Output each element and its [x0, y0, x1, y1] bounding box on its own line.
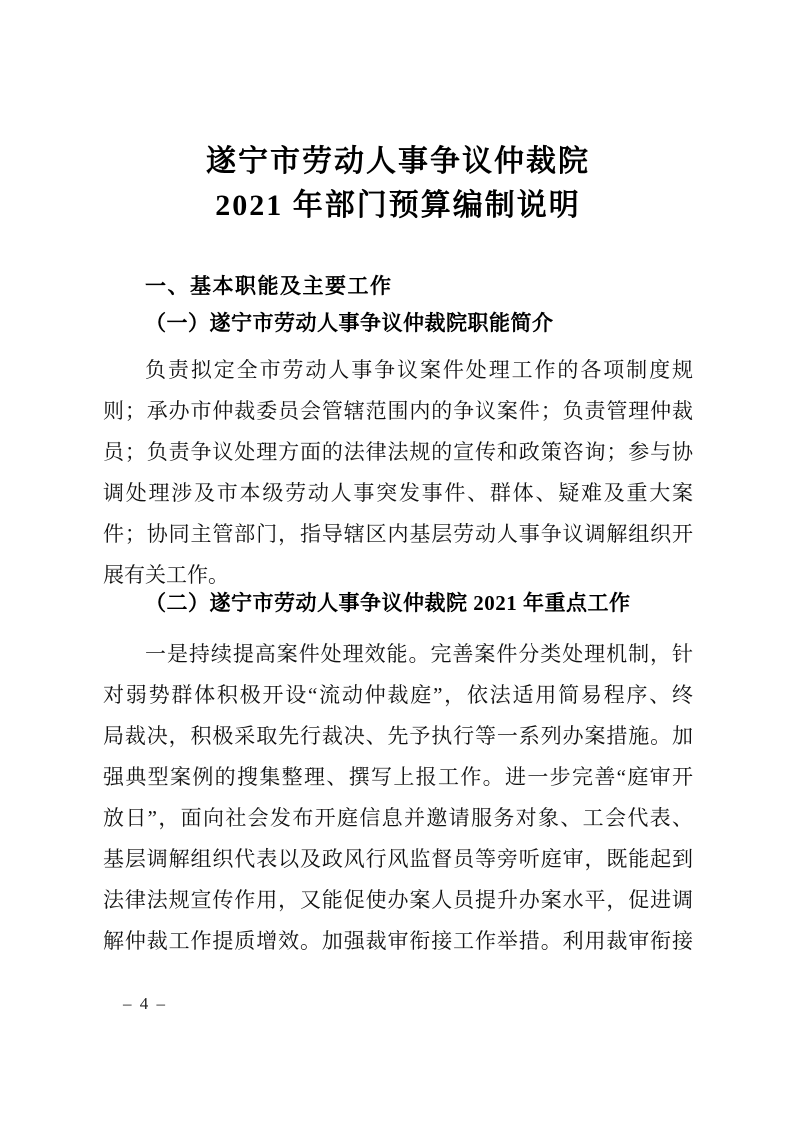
para-line: 法律法规宣传作用，又能促使办案人员提升办案水平，促进调	[103, 880, 693, 921]
para-line: 放日”，面向社会发布开庭信息并邀请服务对象、工会代表、	[103, 798, 693, 839]
document-page: 遂宁市劳动人事争议仲裁院 2021 年部门预算编制说明 一、基本职能及主要工作 …	[0, 0, 793, 1122]
page-number: – 4 –	[123, 994, 167, 1014]
document-title-line-2: 2021 年部门预算编制说明	[103, 184, 693, 228]
document-title: 遂宁市劳动人事争议仲裁院 2021 年部门预算编制说明	[103, 140, 693, 228]
para-line: 强典型案例的搜集整理、撰写上报工作。进一步完善“庭审开	[103, 757, 693, 798]
para-line: 解仲裁工作提质增效。加强裁审衔接工作举措。利用裁审衔接	[103, 921, 693, 962]
para-line: 基层调解组织代表以及政风行风监督员等旁听庭审，既能起到	[103, 839, 693, 880]
para-line: 则；承办市仲裁委员会管辖范围内的争议案件；负责管理仲裁	[103, 391, 693, 432]
para-line: 调处理涉及市本级劳动人事突发事件、群体、疑难及重大案	[103, 473, 693, 514]
heading-2021-key-work: （二）遂宁市劳动人事争议仲裁院 2021 年重点工作	[145, 588, 631, 618]
para-line: 局裁决，积极采取先行裁决、先予执行等一系列办案措施。加	[103, 716, 693, 757]
paragraph-key-work: 一是持续提高案件处理效能。完善案件分类处理机制，针对弱势群体积极开设“流动仲裁庭…	[103, 634, 693, 962]
para-line: 对弱势群体积极开设“流动仲裁庭”，依法适用简易程序、终	[103, 675, 693, 716]
heading-functions-intro: （一）遂宁市劳动人事争议仲裁院职能简介	[145, 308, 554, 338]
para-line: 负责拟定全市劳动人事争议案件处理工作的各项制度规	[103, 350, 693, 391]
document-title-line-1: 遂宁市劳动人事争议仲裁院	[103, 140, 693, 184]
para-line: 一是持续提高案件处理效能。完善案件分类处理机制，针	[103, 634, 693, 675]
para-line: 员；负责争议处理方面的法律法规的宣传和政策咨询；参与协	[103, 432, 693, 473]
paragraph-functions: 负责拟定全市劳动人事争议案件处理工作的各项制度规则；承办市仲裁委员会管辖范围内的…	[103, 350, 693, 596]
para-line: 件；协同主管部门，指导辖区内基层劳动人事争议调解组织开	[103, 514, 693, 555]
heading-basic-functions: 一、基本职能及主要工作	[145, 272, 393, 302]
